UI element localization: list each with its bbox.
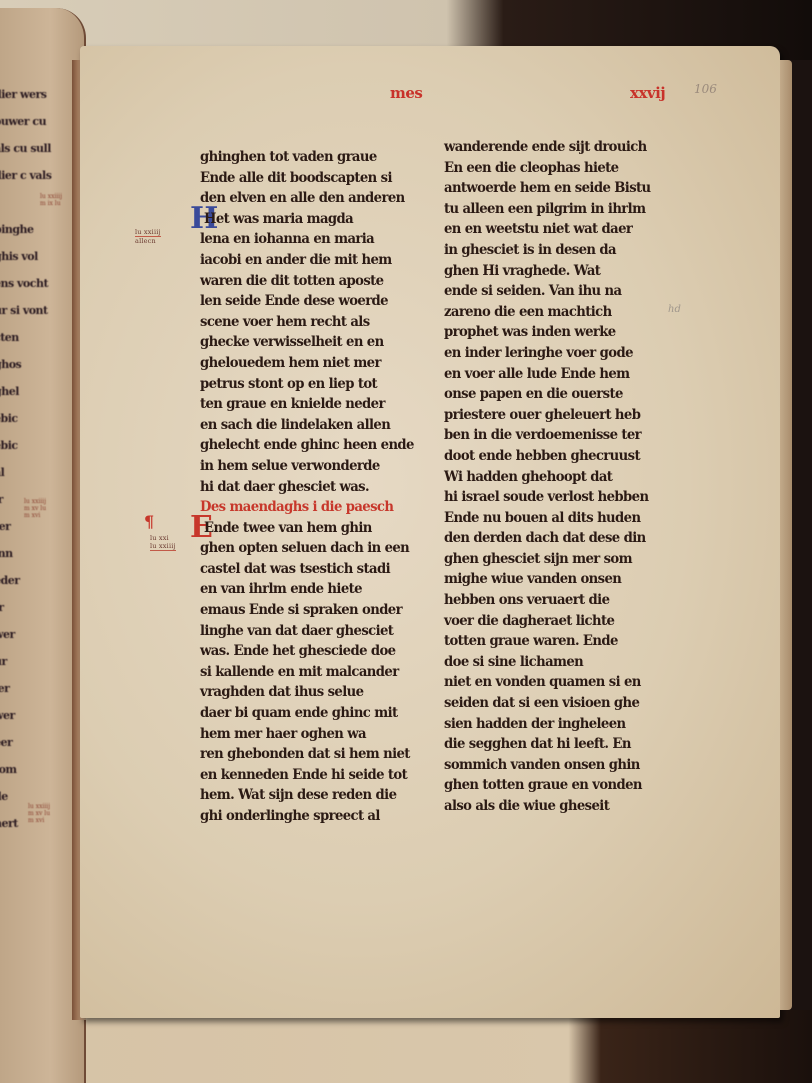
text-line: ghi onderlinghe spreect al bbox=[200, 806, 430, 828]
text-column-b: wanderende ende sijt drouichEn een die c… bbox=[444, 138, 674, 818]
text-line: mighe wiue vanden onsen bbox=[444, 570, 674, 592]
left-page-text-line: dier c vals bbox=[0, 169, 51, 181]
text-line: scene voer hem recht als bbox=[200, 312, 430, 334]
text-line: tu alleen een pilgrim in ihrlm bbox=[444, 199, 674, 221]
text-line: ghen ghesciet sijn mer som bbox=[444, 549, 674, 571]
text-line: castel dat was tsestich stadi bbox=[200, 559, 430, 581]
margin-note-line: lu xxiiij bbox=[150, 542, 176, 551]
text-line: in hem selue verwonderde bbox=[200, 456, 430, 478]
left-page-text-line: dier wers bbox=[0, 88, 46, 100]
left-page-margin-note: lu xxiiijm xv lum xvi bbox=[28, 803, 50, 824]
text-line: en van ihrlm ende hiete bbox=[200, 580, 430, 602]
margin-note-line: m xv lu bbox=[28, 810, 50, 817]
left-page-text-line: eer bbox=[0, 736, 12, 748]
running-head-right: xxvij bbox=[630, 84, 665, 102]
text-line: en en weetstu niet wat daer bbox=[444, 220, 674, 242]
text-line: daer bi quam ende ghinc mit bbox=[200, 703, 430, 725]
margin-note-line: lu xxiiij bbox=[28, 803, 50, 810]
text-line: en kenneden Ende hi seide tot bbox=[200, 765, 430, 787]
left-page-text-line: ur bbox=[0, 655, 7, 667]
left-page-text-line: inn bbox=[0, 547, 13, 559]
margin-note-line: lu xxiiij bbox=[24, 498, 46, 505]
text-line: was. Ende het ghesciede doe bbox=[200, 641, 430, 663]
margin-note-line: lu xxiiij bbox=[40, 193, 62, 200]
text-line: doe si sine lichamen bbox=[444, 652, 674, 674]
running-head-left: mes bbox=[390, 84, 422, 102]
text-line: waren die dit totten aposte bbox=[200, 271, 430, 293]
text-line: hebben ons veruaert die bbox=[444, 590, 674, 612]
text-line: niet en vonden quamen si en bbox=[444, 673, 674, 695]
text-line: Ende twee van hem ghin bbox=[200, 518, 430, 540]
left-page-text-line: fr bbox=[0, 601, 4, 613]
text-line: totten graue waren. Ende bbox=[444, 631, 674, 653]
text-line: ren ghebonden dat si hem niet bbox=[200, 744, 430, 766]
text-line: petrus stont op en liep tot bbox=[200, 374, 430, 396]
left-page-text-line: als cu sull bbox=[0, 142, 51, 154]
text-line: Ende alle dit boodscapten si bbox=[200, 168, 430, 190]
text-column-a: ghinghen tot vaden graueEnde alle dit bo… bbox=[200, 148, 430, 828]
left-page-text-line: tom bbox=[0, 763, 17, 775]
text-line: antwoerde hem en seide Bistu bbox=[444, 178, 674, 200]
text-line: ghecke verwisselheit en en bbox=[200, 333, 430, 355]
text-line: linghe van dat daer ghesciet bbox=[200, 621, 430, 643]
text-line: si kallende en mit malcander bbox=[200, 662, 430, 684]
text-line: ten graue en knielde neder bbox=[200, 394, 430, 416]
table-surface bbox=[0, 1010, 812, 1083]
text-line: lena en iohanna en maria bbox=[200, 230, 430, 252]
text-line: zareno die een machtich bbox=[444, 302, 674, 324]
left-page-text-line: ens vocht bbox=[0, 277, 48, 289]
text-line: en voer alle lude Ende hem bbox=[444, 364, 674, 386]
paragraph-mark: ¶ bbox=[144, 512, 154, 531]
rubric-heading: Des maendaghs i die paesch bbox=[200, 497, 430, 519]
left-page-text-line: ouwer cu bbox=[0, 115, 46, 127]
text-line: iacobi en ander die mit hem bbox=[200, 250, 430, 272]
left-page-text-line: ghel bbox=[0, 385, 19, 397]
text-line: doot ende hebben ghecruust bbox=[444, 446, 674, 468]
text-line: hi dat daer ghesciet was. bbox=[200, 477, 430, 499]
left-page-text-line: cten bbox=[0, 331, 19, 343]
text-line: priestere ouer gheleuert heb bbox=[444, 405, 674, 427]
left-page-margin-note: lu xxiiijm xv lum xvi bbox=[24, 498, 46, 519]
text-line: emaus Ende si spraken onder bbox=[200, 600, 430, 622]
left-page-text-line: de bbox=[0, 790, 8, 802]
text-line: sommich vanden onsen ghin bbox=[444, 755, 674, 777]
text-line: hi israel soude verlost hebben bbox=[444, 487, 674, 509]
left-page-margin-note: lu xxiiijm ix lu bbox=[40, 193, 62, 207]
left-page-text-line: ebic bbox=[0, 412, 18, 424]
margin-note-2: lu xxi lu xxiiij bbox=[150, 534, 176, 551]
text-line: Het was maria magda bbox=[200, 209, 430, 231]
left-page-text-line: ur si vont bbox=[0, 304, 48, 316]
text-line: die segghen dat hi leeft. En bbox=[444, 734, 674, 756]
text-line: ghinghen tot vaden graue bbox=[200, 147, 430, 169]
left-page-text-line: ter bbox=[0, 520, 10, 532]
foliation-number: 106 bbox=[694, 82, 717, 96]
text-line: den derden dach dat dese din bbox=[444, 528, 674, 550]
text-line: ghen opten seluen dach in een bbox=[200, 538, 430, 560]
text-line: hem. Wat sijn dese reden die bbox=[200, 786, 430, 808]
text-line: onse papen en die ouerste bbox=[444, 384, 674, 406]
text-line: vraghden dat ihus selue bbox=[200, 683, 430, 705]
margin-note-line: lu xxiiij bbox=[135, 228, 161, 237]
left-page-text-line: ebic bbox=[0, 439, 18, 451]
text-line: en sach die lindelaken allen bbox=[200, 415, 430, 437]
manuscript-page: mes xxvij 106 hd lu xxiiij allecn ¶ lu x… bbox=[80, 46, 780, 1018]
left-page-text-line: hert bbox=[0, 817, 18, 829]
left-page-text-line: wer bbox=[0, 709, 15, 721]
left-page-text-line: ir bbox=[0, 493, 3, 505]
margin-note-line: m ix lu bbox=[40, 200, 62, 207]
text-line: ghelouedem hem niet mer bbox=[200, 353, 430, 375]
left-page-text-line: ghis vol bbox=[0, 250, 38, 262]
left-page-text-line: al bbox=[0, 466, 4, 478]
text-line: En een die cleophas hiete bbox=[444, 158, 674, 180]
text-line: ghelecht ende ghinc heen ende bbox=[200, 435, 430, 457]
text-line: also als die wiue gheseit bbox=[444, 796, 674, 818]
text-line: den elven en alle den anderen bbox=[200, 188, 430, 210]
text-line: ben in die verdoemenisse ter bbox=[444, 425, 674, 447]
margin-note-1: lu xxiiij allecn bbox=[135, 228, 161, 245]
left-page-text-line: pinghe bbox=[0, 223, 34, 235]
text-line: sien hadden der ingheleen bbox=[444, 714, 674, 736]
text-line: ghen totten graue en vonden bbox=[444, 776, 674, 798]
text-line: ghen Hi vraghede. Wat bbox=[444, 261, 674, 283]
margin-note-line: lu xxi bbox=[150, 534, 176, 542]
text-line: Ende nu bouen al dits huden bbox=[444, 508, 674, 530]
text-line: in ghesciet is in desen da bbox=[444, 240, 674, 262]
margin-note-line: m xvi bbox=[28, 817, 50, 824]
margin-note-line: m xv lu bbox=[24, 505, 46, 512]
text-line: hem mer haer oghen wa bbox=[200, 724, 430, 746]
left-page-text-line: ghos bbox=[0, 358, 21, 370]
text-line: prophet was inden werke bbox=[444, 323, 674, 345]
text-line: en inder leringhe voer gode bbox=[444, 343, 674, 365]
text-line: Wi hadden ghehoopt dat bbox=[444, 467, 674, 489]
margin-note-line: allecn bbox=[135, 237, 161, 245]
text-line: wanderende ende sijt drouich bbox=[444, 137, 674, 159]
text-line: ende si seiden. Van ihu na bbox=[444, 281, 674, 303]
left-page-text-line: ier bbox=[0, 682, 9, 694]
left-page-text-line: wer bbox=[0, 628, 15, 640]
text-line: voer die dagheraet lichte bbox=[444, 611, 674, 633]
text-line: len seide Ende dese woerde bbox=[200, 291, 430, 313]
text-line: seiden dat si een visioen ghe bbox=[444, 693, 674, 715]
left-page-text-line: eder bbox=[0, 574, 19, 586]
margin-note-line: m xvi bbox=[24, 512, 46, 519]
